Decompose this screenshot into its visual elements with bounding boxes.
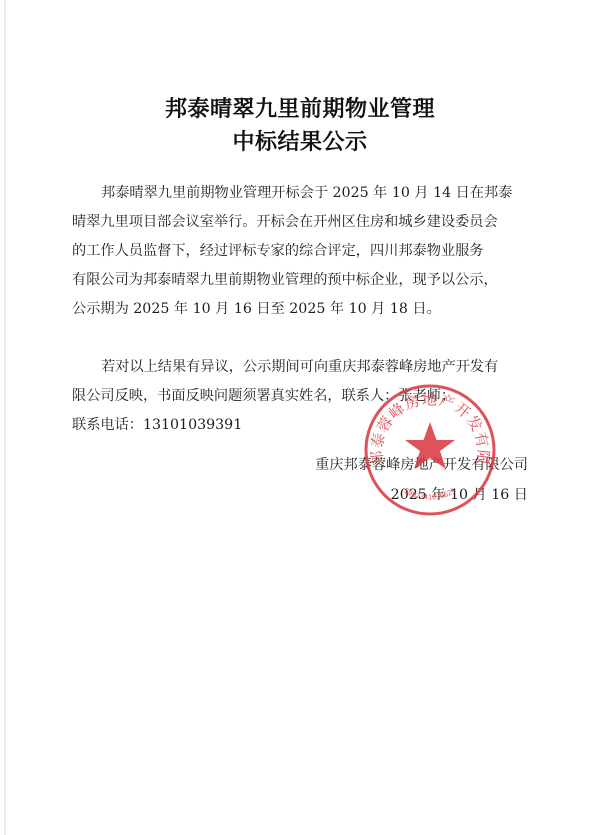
paragraph-line: 公示期为 2025 年 10 月 16 日至 2025 年 10 月 18 日。 — [72, 295, 528, 324]
paragraph-line: 的工作人员监督下，经过评标专家的综合评定，四川邦泰物业服务 — [72, 237, 528, 266]
paragraph-announcement: 邦泰晴翠九里前期物业管理开标会于 2025 年 10 月 14 日在邦泰 晴翠九… — [72, 179, 528, 324]
paragraph-line: 若对以上结果有异议，公示期间可向重庆邦泰蓉峰房地产开发有 — [72, 353, 528, 382]
svg-text:5002341030629: 5002341030629 — [403, 487, 457, 502]
paragraph-line: 邦泰晴翠九里前期物业管理开标会于 2025 年 10 月 14 日在邦泰 — [72, 179, 528, 208]
company-seal-icon: 重庆邦泰蓉峰房地产开发有限公司 5002341030629 — [362, 382, 498, 518]
document-title-line-2: 中标结果公示 — [0, 125, 600, 156]
paragraph-line: 晴翠九里项目部会议室举行。开标会在开州区住房和城乡建设委员会 — [72, 208, 528, 237]
document-title-line-1: 邦泰晴翠九里前期物业管理 — [0, 92, 600, 123]
paragraph-line: 有限公司为邦泰晴翠九里前期物业管理的预中标企业，现予以公示， — [72, 266, 528, 295]
